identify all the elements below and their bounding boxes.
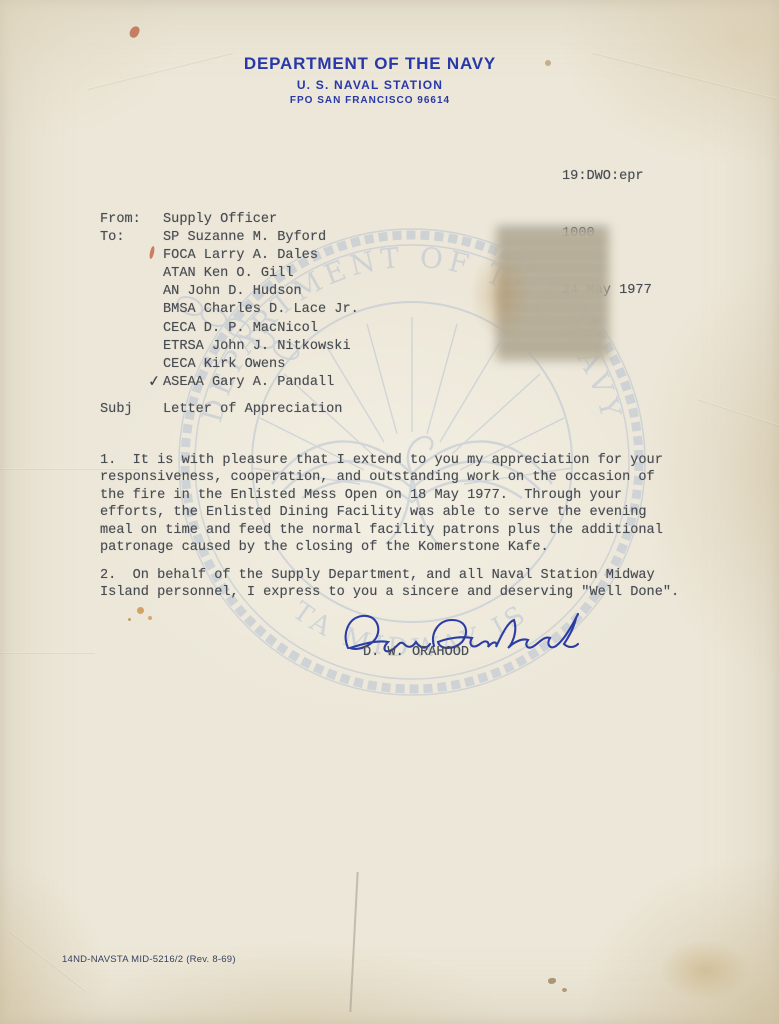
recipient-line: BMSA Charles D. Lace Jr. [163,301,359,319]
recipient-line: ATAN Ken O. Gill [163,265,359,283]
body-paragraph-1: 1. It is with pleasure that I extend to … [100,452,663,556]
originator-code: 19:DWO:epr [562,167,652,186]
subject-label: Subj [100,402,163,417]
stain-mark [128,618,131,621]
recipient-line: ETRSA John J. Nitkowski [163,338,359,356]
stain-mark [562,988,567,992]
scanned-letter-page: DEPARTMENT OF THE NAVY NAVSTA MIDWAY ISL… [0,0,779,1024]
recipient-line: CECA Kirk Owens [163,356,359,374]
subject-row: Subj Letter of Appreciation [100,402,342,417]
reference-block: 19:DWO:epr 1000 24 May 1977 [562,129,652,338]
recipient-line: CECA D. P. MacNicol [163,320,359,338]
scratch-line [349,872,358,1012]
to-label: To: [100,229,163,392]
letter-date: 24 May 1977 [562,281,652,300]
recipient-list: SP Suzanne M. Byford FOCA Larry A. Dales… [163,229,359,392]
recipient-name: ASEAA Gary A. Pandall [163,375,334,390]
recipient-line: FOCA Larry A. Dales [163,247,359,265]
recipient-line: AN John D. Hudson [163,283,359,301]
form-number: 14ND-NAVSTA MID-5216/2 (Rev. 8-69) [62,954,236,965]
stain-mark [128,25,141,39]
subject-value: Letter of Appreciation [163,402,342,417]
stain-mark [148,616,152,620]
stain-mark [470,250,530,340]
from-row: From: Supply Officer [100,211,359,229]
letterhead-department: DEPARTMENT OF THE NAVY [220,54,520,74]
to-row: To: SP Suzanne M. Byford FOCA Larry A. D… [100,229,359,392]
checkmark-icon: ✓ [147,371,161,390]
ssic-code: 1000 [562,224,652,243]
crease-line [0,652,95,654]
signature-typed-name: D. W. ORAHOOD [363,645,469,660]
stain-mark [545,60,551,66]
crease-line [697,398,779,428]
letterhead-station: U. S. NAVAL STATION [220,78,520,92]
body-paragraph-2: 2. On behalf of the Supply Department, a… [100,567,679,602]
letterhead-fpo: FPO SAN FRANCISCO 96614 [220,95,520,106]
crease-line [593,52,778,100]
stain-mark [548,978,556,984]
recipient-line: ✓ASEAA Gary A. Pandall [163,374,359,392]
recipient-line: SP Suzanne M. Byford [163,229,359,247]
from-value: Supply Officer [163,211,277,229]
stain-mark [137,607,144,614]
crease-line [87,52,233,90]
from-label: From: [100,211,163,229]
address-block: From: Supply Officer To: SP Suzanne M. B… [100,211,359,392]
letterhead: DEPARTMENT OF THE NAVY U. S. NAVAL STATI… [220,54,520,106]
stain-mark [660,940,750,1000]
